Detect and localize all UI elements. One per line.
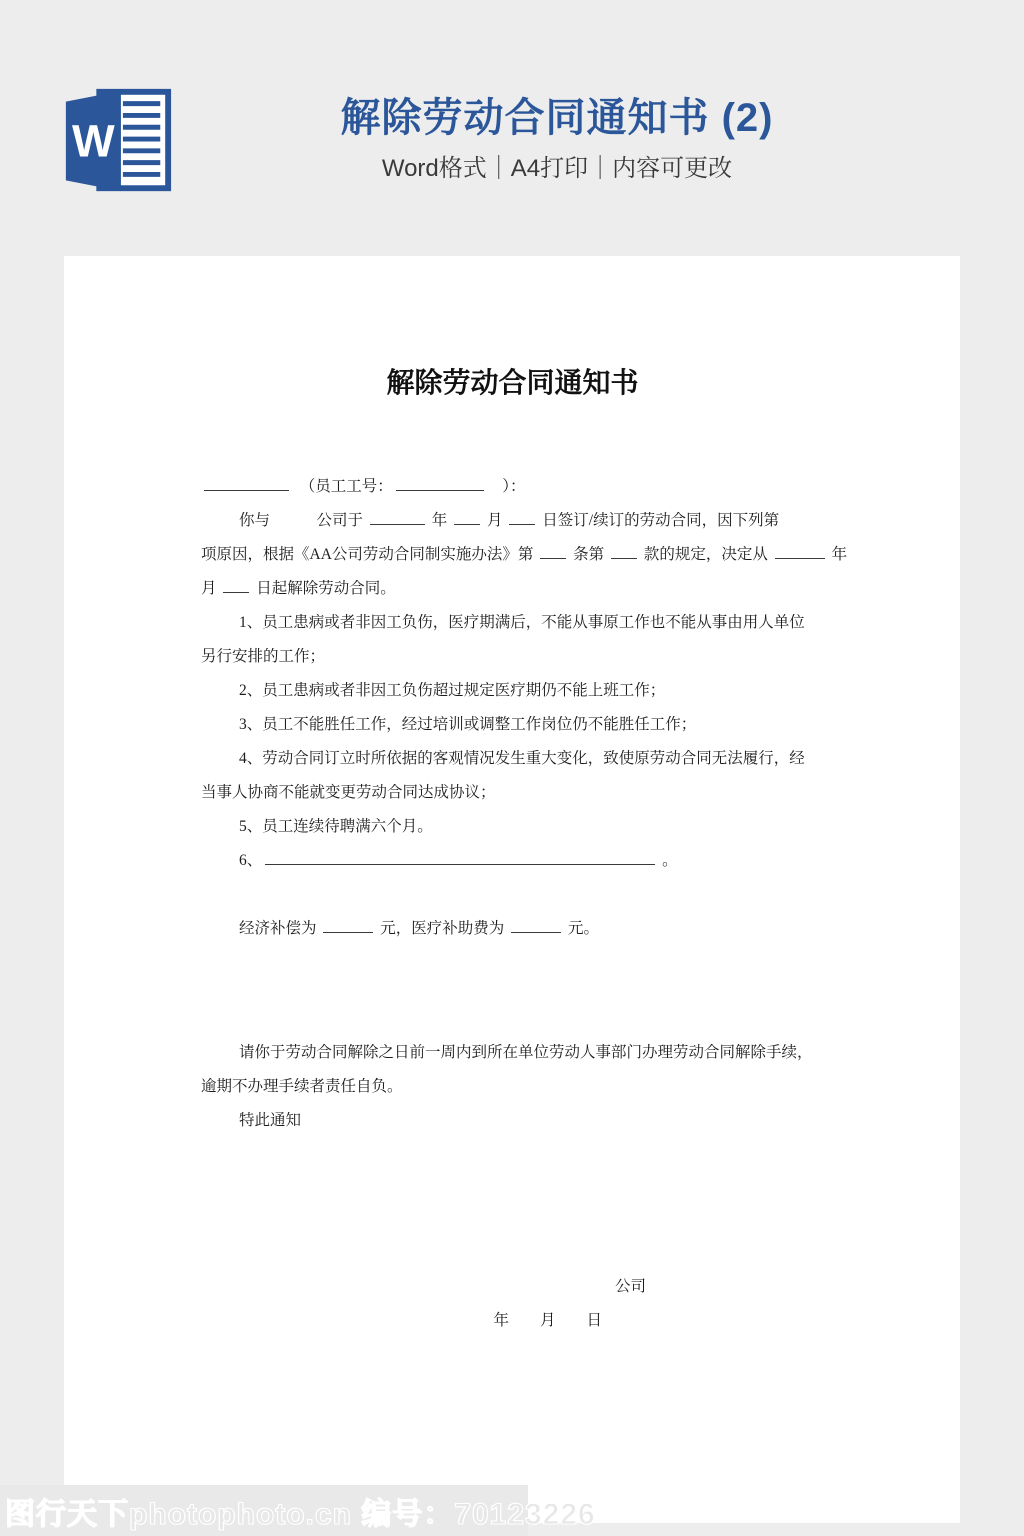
fill-in-blank — [775, 543, 825, 559]
doc-line: 5、员工连续待聘满六个月。 — [201, 810, 824, 844]
fill-in-blank — [611, 543, 637, 559]
doc-line: （员工工号： ）： — [201, 470, 824, 504]
document-page: 解除劳动合同通知书 （员工工号： ）：你与 公司于 年 月 日签订/续订的劳动合… — [64, 256, 960, 1523]
watermark-bar: 图行天下photophoto.cn 编号：70123226 — [0, 1485, 528, 1536]
fill-in-blank — [454, 509, 480, 525]
doc-line: 2、员工患病或者非因工负伤超过规定医疗期仍不能上班工作； — [201, 674, 824, 708]
doc-line: 经济补偿为 元，医疗补助费为 元。 — [201, 912, 824, 946]
doc-line: 你与 公司于 年 月 日签订/续订的劳动合同，因下列第 — [201, 504, 824, 538]
doc-line: 当事人协商不能就变更劳动合同达成协议； — [201, 776, 824, 810]
doc-line: 月 日起解除劳动合同。 — [201, 572, 824, 606]
header: W 解除劳动合同通知书 (2) Word格式｜A4打印｜内容可更改 — [0, 0, 1024, 256]
header-subtitle: Word格式｜A4打印｜内容可更改 — [45, 144, 1024, 184]
doc-line: 逾期不办理手续者责任自负。 — [201, 1070, 824, 1104]
header-text: 解除劳动合同通知书 (2) Word格式｜A4打印｜内容可更改 — [45, 0, 1024, 184]
fill-in-blank — [265, 849, 655, 865]
watermark-text: 图行天下photophoto.cn 编号：70123226 — [0, 1489, 596, 1533]
doc-line: 请你于劳动合同解除之日前一周内到所在单位劳动人事部门办理劳动合同解除手续， — [201, 1036, 824, 1070]
fill-in-blank — [540, 543, 566, 559]
fill-in-blank — [323, 917, 373, 933]
doc-line: 6、 。 — [201, 844, 824, 878]
document-body: （员工工号： ）：你与 公司于 年 月 日签订/续订的劳动合同，因下列第项原因，… — [201, 470, 824, 1338]
doc-line: 项原因，根据《AA公司劳动合同制实施办法》第 条第 款的规定，决定从 年 — [201, 538, 824, 572]
fill-in-blank — [223, 577, 249, 593]
doc-line: 特此通知 — [201, 1104, 824, 1138]
doc-line: 另行安排的工作； — [201, 640, 824, 674]
doc-line: 3、员工不能胜任工作，经过培训或调整工作岗位仍不能胜任工作； — [201, 708, 824, 742]
header-title: 解除劳动合同通知书 (2) — [45, 0, 1024, 144]
doc-line: 年 月 日 — [201, 1304, 824, 1338]
fill-in-blank — [370, 509, 425, 525]
page-background: W 解除劳动合同通知书 (2) Word格式｜A4打印｜内容可更改 解除劳动合同… — [0, 0, 1024, 1536]
doc-line: 公司 — [201, 1270, 824, 1304]
doc-line: 1、员工患病或者非因工负伤，医疗期满后，不能从事原工作也不能从事由用人单位 — [201, 606, 824, 640]
fill-in-blank — [396, 475, 484, 491]
fill-in-blank — [204, 475, 289, 491]
fill-in-blank — [509, 509, 535, 525]
document-title: 解除劳动合同通知书 — [201, 364, 824, 404]
doc-line: 4、劳动合同订立时所依据的客观情况发生重大变化，致使原劳动合同无法履行，经 — [201, 742, 824, 776]
fill-in-blank — [511, 917, 561, 933]
